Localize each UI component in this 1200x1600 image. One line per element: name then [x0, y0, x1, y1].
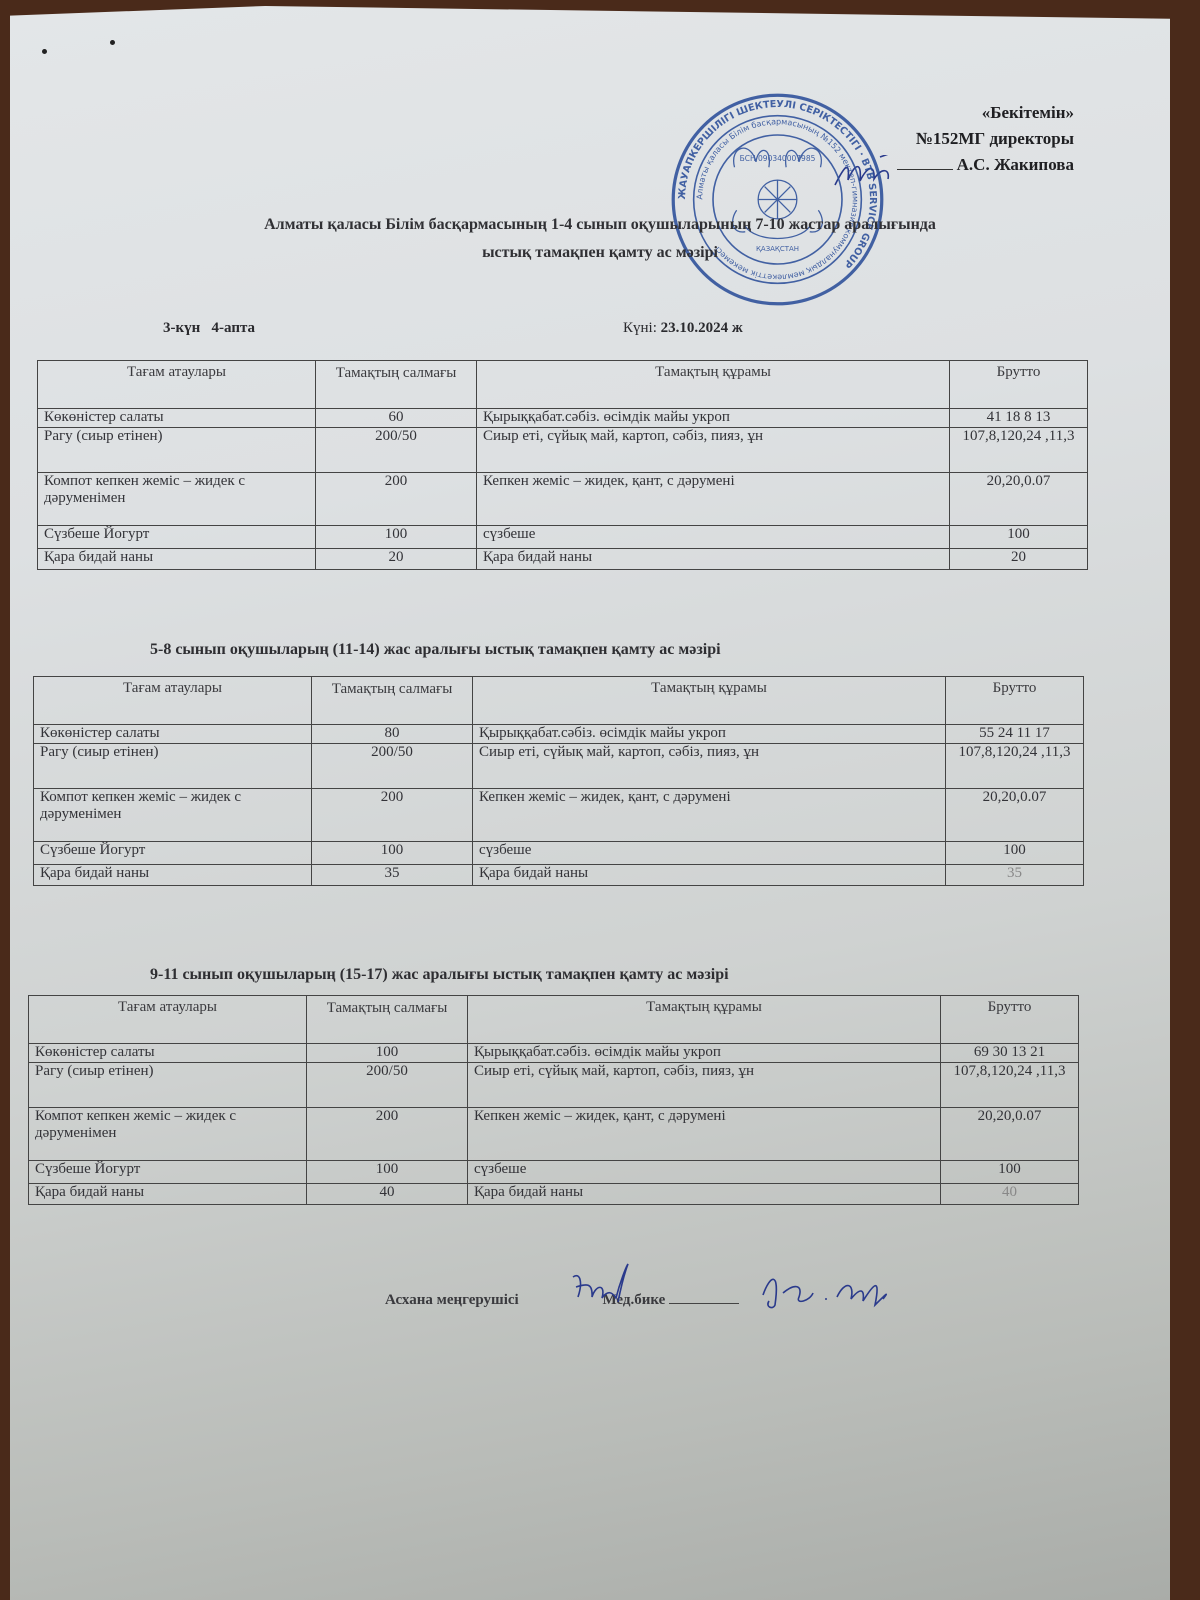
cell-name: Сүзбеше Йогурт [34, 842, 312, 865]
cell-brutto: 107,8,120,24 ,11,3 [941, 1063, 1079, 1108]
cell-weight: 40 [307, 1184, 468, 1205]
cell-brutto: 107,8,120,24 ,11,3 [946, 744, 1084, 789]
cell-name: Көкөністер салаты [29, 1044, 307, 1063]
punch-dot [42, 49, 47, 54]
cell-weight: 100 [307, 1044, 468, 1063]
menu-table: Тағам атауларыТамақтың салмағыТамақтың қ… [28, 995, 1079, 1205]
cell-composition: Қара бидай наны [477, 549, 950, 570]
cell-brutto: 100 [950, 526, 1088, 549]
column-header: Брутто [950, 361, 1088, 409]
column-header: Тамақтың салмағы [316, 361, 477, 409]
cell-brutto: 20,20,0.07 [941, 1108, 1079, 1161]
table-row: Қара бидай наны20Қара бидай наны20 [38, 549, 1088, 570]
cell-composition: Кепкен жеміс – жидек, қант, с дәрумені [477, 473, 950, 526]
cell-weight: 200/50 [312, 744, 473, 789]
cell-composition: сүзбеше [473, 842, 946, 865]
cell-composition: сүзбеше [477, 526, 950, 549]
cell-weight: 35 [312, 865, 473, 886]
cell-composition: Қырыққабат.сәбіз. өсімдік майы укроп [473, 725, 946, 744]
cell-weight: 100 [312, 842, 473, 865]
cell-weight: 60 [316, 409, 477, 428]
cell-brutto: 100 [946, 842, 1084, 865]
cell-composition: Кепкен жеміс – жидек, қант, с дәрумені [468, 1108, 941, 1161]
cell-name: Компот кепкен жеміс – жидек с дәруменіме… [34, 789, 312, 842]
footer-signatures: Асхана меңгерушісі Мед.бике [385, 1292, 739, 1309]
cell-weight: 200 [312, 789, 473, 842]
column-header: Брутто [941, 996, 1079, 1044]
approval-heading: «Бекітемін» [897, 100, 1074, 126]
approval-block: «Бекітемін» №152МГ директоры А.С. Жакипо… [897, 100, 1074, 178]
table-row: Сүзбеше Йогурт100сүзбеше100 [38, 526, 1088, 549]
cell-brutto: 20,20,0.07 [950, 473, 1088, 526]
table-row: Қара бидай наны40Қара бидай наны40 [29, 1184, 1079, 1205]
cell-composition: Сиыр еті, сүйық май, картоп, сәбіз, пияз… [468, 1063, 941, 1108]
cell-brutto: 55 24 11 17 [946, 725, 1084, 744]
menu-table: Тағам атауларыТамақтың салмағыТамақтың қ… [33, 676, 1084, 886]
table-row: Көкөністер салаты80Қырыққабат.сәбіз. өсі… [34, 725, 1084, 744]
cell-composition: Сиыр еті, сүйық май, картоп, сәбіз, пияз… [473, 744, 946, 789]
table-row: Компот кепкен жеміс – жидек с дәруменіме… [34, 789, 1084, 842]
approval-signer: А.С. Жакипова [897, 152, 1074, 178]
cell-weight: 100 [316, 526, 477, 549]
table-row: Рагу (сиыр етінен)200/50Сиыр еті, сүйық … [38, 428, 1088, 473]
table-row: Компот кепкен жеміс – жидек с дәруменіме… [29, 1108, 1079, 1161]
cell-weight: 80 [312, 725, 473, 744]
date-value: 23.10.2024 ж [661, 320, 743, 336]
table-row: Көкөністер салаты60Қырыққабат.сәбіз. өсі… [38, 409, 1088, 428]
cell-name: Рагу (сиыр етінен) [34, 744, 312, 789]
cell-name: Компот кепкен жеміс – жидек с дәруменіме… [29, 1108, 307, 1161]
cell-name: Сүзбеше Йогурт [29, 1161, 307, 1184]
director-name: А.С. Жакипова [957, 155, 1074, 174]
cell-composition: Қара бидай наны [468, 1184, 941, 1205]
document-title-line2: ыстық тамақпен қамту ас мәзірі [150, 241, 1050, 265]
cell-composition: Сиыр еті, сүйық май, картоп, сәбіз, пияз… [477, 428, 950, 473]
document-title-line1: Алматы қаласы Білім басқармасының 1-4 сы… [150, 213, 1050, 237]
cell-composition: Қырыққабат.сәбіз. өсімдік майы укроп [477, 409, 950, 428]
section-title-9-11: 9-11 сынып оқушыларың (15-17) жас аралығ… [150, 966, 729, 984]
cell-composition: Қара бидай наны [473, 865, 946, 886]
cell-name: Қара бидай наны [34, 865, 312, 886]
table-header-row: Тағам атауларыТамақтың салмағыТамақтың қ… [34, 677, 1084, 725]
cell-weight: 20 [316, 549, 477, 570]
cell-weight: 200 [316, 473, 477, 526]
day-week: 3-күн 4-апта [163, 320, 255, 336]
cell-brutto: 35 [946, 865, 1084, 886]
column-header: Тағам атаулары [29, 996, 307, 1044]
cell-weight: 100 [307, 1161, 468, 1184]
cell-brutto: 20 [950, 549, 1088, 570]
cell-name: Қара бидай наны [38, 549, 316, 570]
menu-date: Күні: 23.10.2024 ж [623, 320, 743, 337]
cell-weight: 200/50 [307, 1063, 468, 1108]
cell-name: Рагу (сиыр етінен) [29, 1063, 307, 1108]
column-header: Тамақтың салмағы [307, 996, 468, 1044]
cell-brutto: 107,8,120,24 ,11,3 [950, 428, 1088, 473]
nurse-label: Мед.бике [602, 1292, 665, 1308]
day-info: 3-күн 4-апта Күні: 23.10.2024 ж [163, 320, 1050, 337]
date-label: Күні: [623, 320, 657, 336]
canteen-head-label: Асхана меңгерушісі [385, 1292, 519, 1308]
column-header: Тамақтың құрамы [473, 677, 946, 725]
punch-dot [110, 40, 115, 45]
cell-weight: 200/50 [316, 428, 477, 473]
table-row: Рагу (сиыр етінен)200/50Сиыр еті, сүйық … [29, 1063, 1079, 1108]
table-row: Қара бидай наны35Қара бидай наны35 [34, 865, 1084, 886]
table-row: Сүзбеше Йогурт100сүзбеше100 [34, 842, 1084, 865]
cell-brutto: 20,20,0.07 [946, 789, 1084, 842]
cell-name: Сүзбеше Йогурт [38, 526, 316, 549]
column-header: Тамақтың құрамы [477, 361, 950, 409]
cell-brutto: 100 [941, 1161, 1079, 1184]
table-row: Сүзбеше Йогурт100сүзбеше100 [29, 1161, 1079, 1184]
table-row: Көкөністер салаты100Қырыққабат.сәбіз. өс… [29, 1044, 1079, 1063]
cell-brutto: 69 30 13 21 [941, 1044, 1079, 1063]
menu-table: Тағам атауларыТамақтың салмағыТамақтың қ… [37, 360, 1088, 570]
section-title-5-8: 5-8 сынып оқушыларың (11-14) жас аралығы… [150, 641, 721, 659]
column-header: Тағам атаулары [38, 361, 316, 409]
cell-composition: Қырыққабат.сәбіз. өсімдік майы укроп [468, 1044, 941, 1063]
cell-composition: сүзбеше [468, 1161, 941, 1184]
cell-brutto: 41 18 8 13 [950, 409, 1088, 428]
column-header: Тамақтың салмағы [312, 677, 473, 725]
table-header-row: Тағам атауларыТамақтың салмағыТамақтың қ… [38, 361, 1088, 409]
approval-position: №152МГ директоры [897, 126, 1074, 152]
cell-name: Компот кепкен жеміс – жидек с дәруменіме… [38, 473, 316, 526]
cell-brutto: 40 [941, 1184, 1079, 1205]
cell-name: Көкөністер салаты [38, 409, 316, 428]
cell-name: Рагу (сиыр етінен) [38, 428, 316, 473]
table-row: Компот кепкен жеміс – жидек с дәруменіме… [38, 473, 1088, 526]
director-signature-line [897, 169, 953, 170]
cell-name: Қара бидай наны [29, 1184, 307, 1205]
cell-composition: Кепкен жеміс – жидек, қант, с дәрумені [473, 789, 946, 842]
nurse-signature-line [669, 1303, 739, 1304]
table-row: Рагу (сиыр етінен)200/50Сиыр еті, сүйық … [34, 744, 1084, 789]
cell-weight: 200 [307, 1108, 468, 1161]
column-header: Тамақтың құрамы [468, 996, 941, 1044]
table-header-row: Тағам атауларыТамақтың салмағыТамақтың қ… [29, 996, 1079, 1044]
column-header: Тағам атаулары [34, 677, 312, 725]
cell-name: Көкөністер салаты [34, 725, 312, 744]
column-header: Брутто [946, 677, 1084, 725]
